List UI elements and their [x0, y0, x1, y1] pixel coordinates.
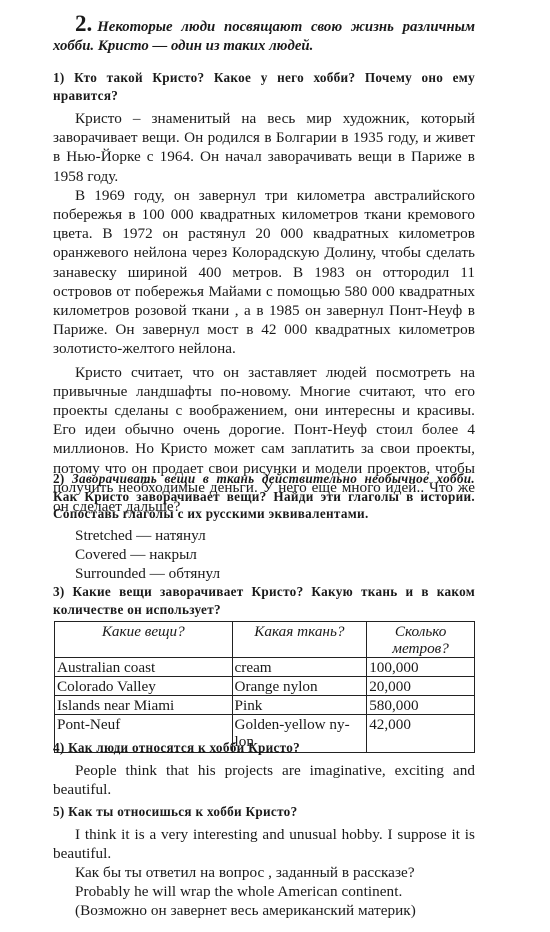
verb-separator: —: [130, 546, 145, 563]
table-header-row: Какие вещи? Какая ткань? Сколько метров?: [55, 622, 475, 658]
question-2-section: 2) Заворачивать вещи в ткань действитель…: [53, 470, 475, 583]
q5-extra-question: Как бы ты ответил на вопрос , заданный в…: [53, 863, 475, 882]
q5-extra-translation: (Возможно он завернет весь американский …: [53, 901, 475, 920]
task-number: 2.: [75, 11, 92, 36]
question-4-section: 4) Как люди относятся к хобби Кристо? Pe…: [53, 739, 475, 799]
table-row: Colorado Valley Orange nylon 20,000: [55, 677, 475, 696]
q1-paragraph-1: Кристо – знаменитый на весь мир художник…: [53, 109, 475, 186]
question-2-rest: Как Кристо заворачивает вещи? Найди эти …: [53, 489, 475, 522]
verb-separator: —: [136, 527, 151, 544]
question-3-section: 3) Какие вещи заворачивает Кристо? Какую…: [53, 583, 475, 618]
question-2: 2) Заворачивать вещи в ткань действитель…: [53, 470, 475, 523]
verb-english: Covered: [75, 546, 126, 563]
verb-item: Covered — накрыл: [75, 545, 475, 564]
table-cell-amount: 100,000: [367, 658, 475, 677]
q4-answer: People think that his projects are imagi…: [53, 761, 475, 799]
textbook-page: 2.Некоторые люди посвящают свою жизнь ра…: [0, 0, 550, 932]
verb-english: Surrounded: [75, 565, 146, 582]
table-cell-amount: 580,000: [367, 696, 475, 715]
question-4: 4) Как люди относятся к хобби Кристо?: [53, 739, 475, 757]
verb-russian: натянул: [155, 527, 206, 544]
table-cell-fabric: Pink: [232, 696, 367, 715]
verb-separator: —: [150, 565, 165, 582]
question-3: 3) Какие вещи заворачивает Кристо? Какую…: [53, 583, 475, 618]
table-cell-amount: 20,000: [367, 677, 475, 696]
table-cell-item: Colorado Valley: [55, 677, 233, 696]
q5-answer: I think it is a very interesting and unu…: [53, 825, 475, 863]
table-cell-item: Islands near Miami: [55, 696, 233, 715]
table-cell-fabric: cream: [232, 658, 367, 677]
table-row: Islands near Miami Pink 580,000: [55, 696, 475, 715]
verb-item: Stretched — натянул: [75, 526, 475, 545]
verb-russian: обтянул: [169, 565, 220, 582]
table-header: Какие вещи?: [55, 622, 233, 658]
verb-english: Stretched: [75, 527, 132, 544]
question-5-section: 5) Как ты относишься к хобби Кристо? I t…: [53, 803, 475, 921]
task-intro-text: Некоторые люди посвящают свою жизнь разл…: [53, 19, 475, 54]
table-cell-item: Australian coast: [55, 658, 233, 677]
question-2-italic: Заворачивать вещи в ткань действительно …: [72, 471, 475, 486]
question-1-section: 1) Кто такой Кристо? Какое у него хобби?…: [53, 69, 475, 516]
q1-paragraph-2: В 1969 году, он завернул три километра а…: [53, 186, 475, 359]
verb-item: Surrounded — обтянул: [75, 564, 475, 583]
task-intro: 2.Некоторые люди посвящают свою жизнь ра…: [53, 14, 475, 56]
question-5: 5) Как ты относишься к хобби Кристо?: [53, 803, 475, 821]
fabric-table: Какие вещи? Какая ткань? Сколько метров?…: [54, 621, 475, 753]
question-1: 1) Кто такой Кристо? Какое у него хобби?…: [53, 69, 475, 104]
table-row: Australian coast cream 100,000: [55, 658, 475, 677]
table-cell-fabric: Orange nylon: [232, 677, 367, 696]
verb-russian: накрыл: [149, 546, 197, 563]
task-heading: 2.Некоторые люди посвящают свою жизнь ра…: [53, 14, 475, 56]
verb-list: Stretched — натянул Covered — накрыл Sur…: [53, 526, 475, 583]
table-header: Сколько метров?: [367, 622, 475, 658]
table-header: Какая ткань?: [232, 622, 367, 658]
question-2-number: 2): [53, 471, 65, 486]
q5-extra-answer: Probably he will wrap the whole American…: [53, 882, 475, 901]
